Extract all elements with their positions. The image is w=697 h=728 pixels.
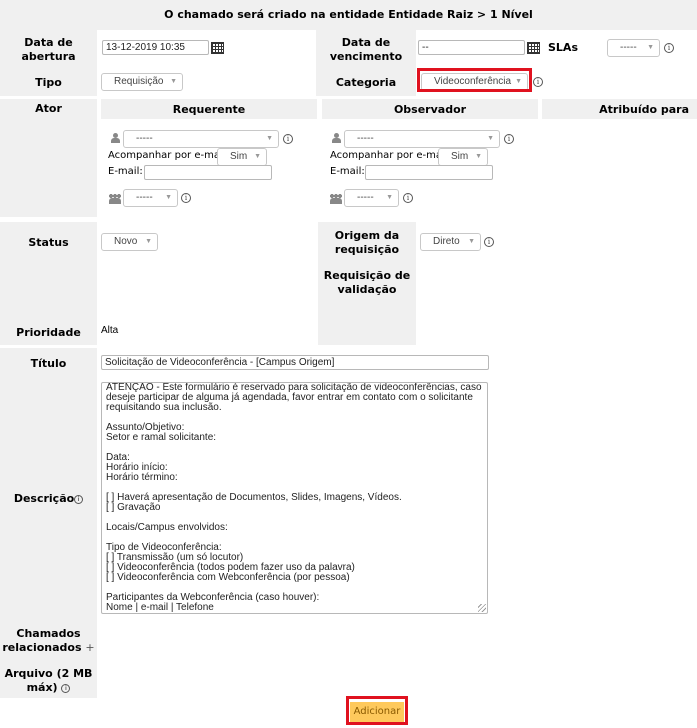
ator-label: Ator: [0, 102, 97, 116]
add-related-plus-icon[interactable]: +: [85, 641, 94, 654]
observador-email-label: E-mail:: [330, 166, 365, 178]
titulo-label: Título: [0, 357, 97, 371]
info-icon[interactable]: i: [74, 495, 83, 504]
origem-select[interactable]: Direto▼: [420, 233, 481, 251]
chevron-down-icon: ▼: [165, 190, 172, 206]
titulo-input[interactable]: Solicitação de Videoconferência - [Campu…: [101, 355, 489, 370]
calendar-icon[interactable]: [211, 41, 222, 52]
person-icon: [110, 133, 120, 144]
observador-title: Observador: [322, 103, 538, 117]
info-icon[interactable]: i: [403, 193, 413, 203]
descricao-label: Descriçãoi: [0, 492, 97, 506]
observador-user-select[interactable]: -----▼: [344, 130, 500, 148]
chevron-down-icon: ▼: [475, 149, 482, 165]
categoria-highlight: [417, 68, 532, 92]
chevron-down-icon: ▼: [170, 74, 177, 90]
validacao-label: Requisição de validação: [318, 269, 416, 297]
atribuido-title: Atribuído para: [542, 103, 697, 117]
chevron-down-icon: ▼: [487, 131, 494, 147]
resize-handle-icon[interactable]: [478, 604, 486, 612]
info-icon[interactable]: i: [181, 193, 191, 203]
requerente-follow-label: Acompanhar por e-mail: [108, 150, 226, 162]
prioridade-value: Alta: [101, 325, 118, 337]
requerente-email-label: E-mail:: [108, 166, 143, 178]
slas-label: SLAs: [548, 41, 582, 55]
status-select[interactable]: Novo▼: [101, 233, 158, 251]
requerente-user-select[interactable]: -----▼: [123, 130, 279, 148]
info-icon[interactable]: i: [533, 77, 543, 87]
group-icon: [109, 193, 119, 204]
observador-follow-select[interactable]: Sim▼: [438, 148, 488, 166]
chamados-relacionados-label: Chamados relacionados +: [0, 627, 97, 655]
arquivo-label: Arquivo (2 MB máx) i: [0, 667, 97, 695]
requerente-title: Requerente: [101, 103, 317, 117]
actor-label-bg: [0, 99, 97, 217]
slas-select[interactable]: -----▼: [607, 39, 660, 57]
origem-label: Origem da requisição: [318, 229, 416, 257]
chevron-down-icon: ▼: [266, 131, 273, 147]
observador-follow-label: Acompanhar por e-mail: [330, 150, 448, 162]
info-icon[interactable]: i: [504, 134, 514, 144]
data-vencimento-input[interactable]: --: [418, 40, 525, 55]
categoria-label: Categoria: [316, 76, 416, 90]
chevron-down-icon: ▼: [386, 190, 393, 206]
requerente-group-select[interactable]: -----▼: [123, 189, 178, 207]
calendar-icon[interactable]: [527, 41, 538, 52]
observador-email-input[interactable]: [365, 165, 493, 180]
data-abertura-input[interactable]: 13-12-2019 10:35: [102, 40, 209, 55]
entity-header: O chamado será criado na entidade Entida…: [0, 0, 697, 30]
group-icon: [330, 193, 340, 204]
prioridade-label: Prioridade: [0, 326, 97, 340]
chevron-down-icon: ▼: [145, 234, 152, 250]
info-icon[interactable]: i: [61, 684, 70, 693]
chevron-down-icon: ▼: [647, 40, 654, 56]
add-button[interactable]: Adicionar: [350, 702, 404, 722]
chevron-down-icon: ▼: [468, 234, 475, 250]
info-icon[interactable]: i: [664, 43, 674, 53]
person-icon: [331, 133, 341, 144]
status-label: Status: [0, 236, 97, 250]
observador-group-select[interactable]: -----▼: [344, 189, 399, 207]
info-icon[interactable]: i: [283, 134, 293, 144]
data-vencimento-label: Data de vencimento: [316, 36, 416, 64]
chevron-down-icon: ▼: [254, 149, 261, 165]
data-abertura-label: Data de abertura: [0, 36, 97, 64]
tipo-select[interactable]: Requisição▼: [101, 73, 183, 91]
requerente-email-input[interactable]: [144, 165, 272, 180]
info-icon[interactable]: i: [484, 237, 494, 247]
tipo-label: Tipo: [0, 76, 97, 90]
descricao-textarea[interactable]: ATENÇAO - Este formulário é reservado pa…: [101, 382, 488, 614]
requerente-follow-select[interactable]: Sim▼: [217, 148, 267, 166]
